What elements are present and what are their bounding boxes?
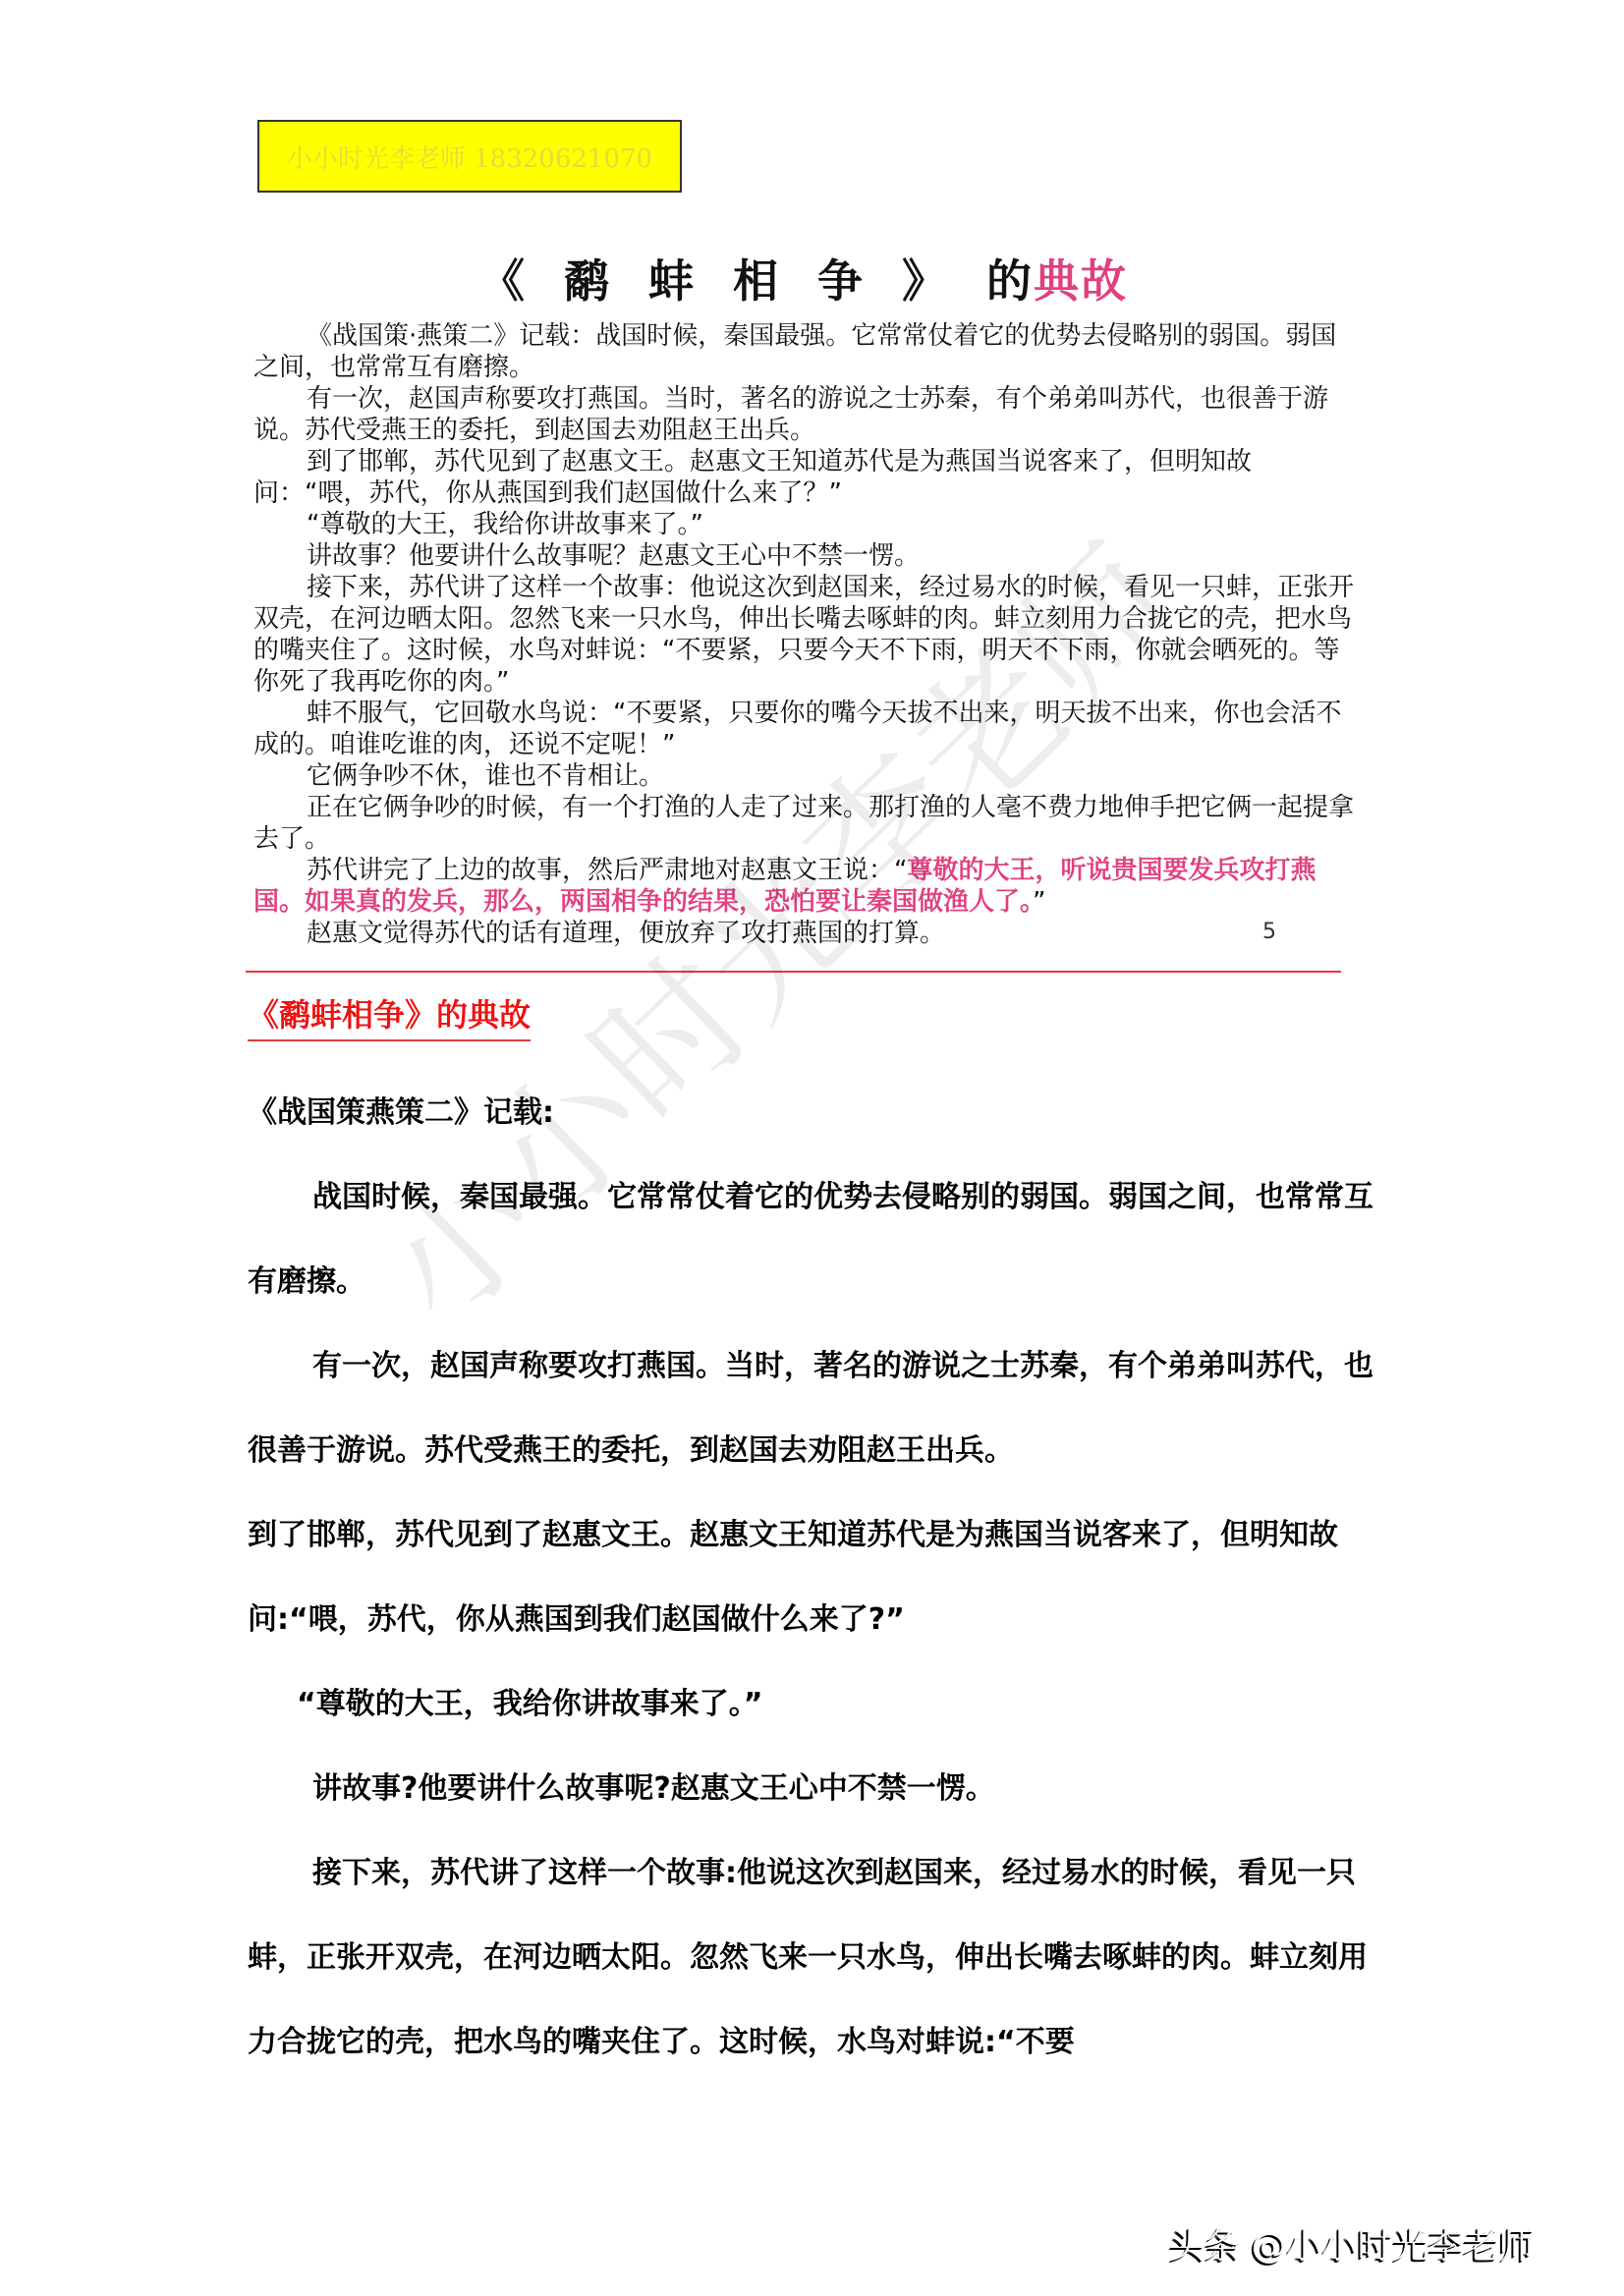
- scan-paragraph: 接下来，苏代讲了这样一个故事：他说这次到赵国来，经过易水的时候，看见一只蚌，正张…: [253, 572, 1354, 698]
- scan-paragraph: 讲故事？他要讲什么故事呢？赵惠文王心中不禁一愣。: [253, 540, 1354, 572]
- contact-box: 小小时光李老师 18320621070: [257, 120, 682, 193]
- scan-paragraph: 它俩争吵不休，谁也不肯相让。: [253, 760, 1354, 792]
- divider: [246, 971, 1341, 973]
- scan-paragraph: “尊敬的大王，我给你讲故事来了。”: [253, 509, 1354, 540]
- scan-conclusion: 赵惠文觉得苏代的话有道理，便放弃了攻打燕国的打算。: [253, 918, 1354, 949]
- body-paragraph: 讲故事?他要讲什么故事呢?赵惠文王心中不禁一愣。: [248, 1747, 1387, 1831]
- scan-paragraph: 蚌不服气，它回敬水鸟说：“不要紧，只要你的嘴今天拔不出来，明天拔不出来，你也会活…: [253, 698, 1354, 760]
- scan-paragraph: 《战国策·燕策二》记载：战国时候，秦国最强。它常常仗着它的优势去侵略别的弱国。弱…: [253, 320, 1354, 383]
- scanned-page: 《鹬蚌相争》的典故 《战国策·燕策二》记载：战国时候，秦国最强。它常常仗着它的优…: [253, 246, 1354, 949]
- body-paragraph: 到了邯郸，苏代见到了赵惠文王。赵惠文王知道苏代是为燕国当说客来了，但明知故问:“…: [248, 1493, 1387, 1662]
- scan-final-paragraph: 苏代讲完了上边的故事，然后严肃地对赵惠文王说：“尊敬的大王，听说贵国要发兵攻打燕…: [253, 855, 1354, 918]
- scan-paragraph: 有一次，赵国声称要攻打燕国。当时，著名的游说之士苏秦，有个弟弟叫苏代，也很善于游…: [253, 383, 1354, 446]
- scan-paragraph: 到了邯郸，苏代见到了赵惠文王。赵惠文王知道苏代是为燕国当说客来了，但明知故问：“…: [253, 446, 1354, 509]
- body-paragraph: 战国时候，秦国最强。它常常仗着它的优势去侵略别的弱国。弱国之间，也常常互有磨擦。: [248, 1155, 1387, 1324]
- page-number: 5: [1262, 920, 1276, 944]
- footer-credit: 头条 @小小时光李老师: [1169, 2218, 1534, 2268]
- section-body: 《战国策燕策二》记载: 战国时候，秦国最强。它常常仗着它的优势去侵略别的弱国。弱…: [248, 1071, 1387, 2085]
- body-paragraph: “尊敬的大王，我给你讲故事来了。”: [248, 1662, 1387, 1747]
- section-title: 《鹬蚌相争》的典故: [248, 990, 531, 1041]
- body-paragraph: 接下来，苏代讲了这样一个故事:他说这次到赵国来，经过易水的时候，看见一只蚌，正张…: [248, 1831, 1387, 2085]
- scan-paragraph: 正在它俩争吵的时候，有一个打渔的人走了过来。那打渔的人毫不费力地伸手把它俩一起提…: [253, 792, 1354, 855]
- scan-title: 《鹬蚌相争》的典故: [253, 246, 1354, 310]
- body-paragraph: 有一次，赵国声称要攻打燕国。当时，著名的游说之士苏秦，有个弟弟叫苏代，也很善于游…: [248, 1324, 1387, 1493]
- body-paragraph: 《战国策燕策二》记载:: [248, 1071, 1387, 1155]
- contact-text: 小小时光李老师 18320621070: [287, 139, 652, 175]
